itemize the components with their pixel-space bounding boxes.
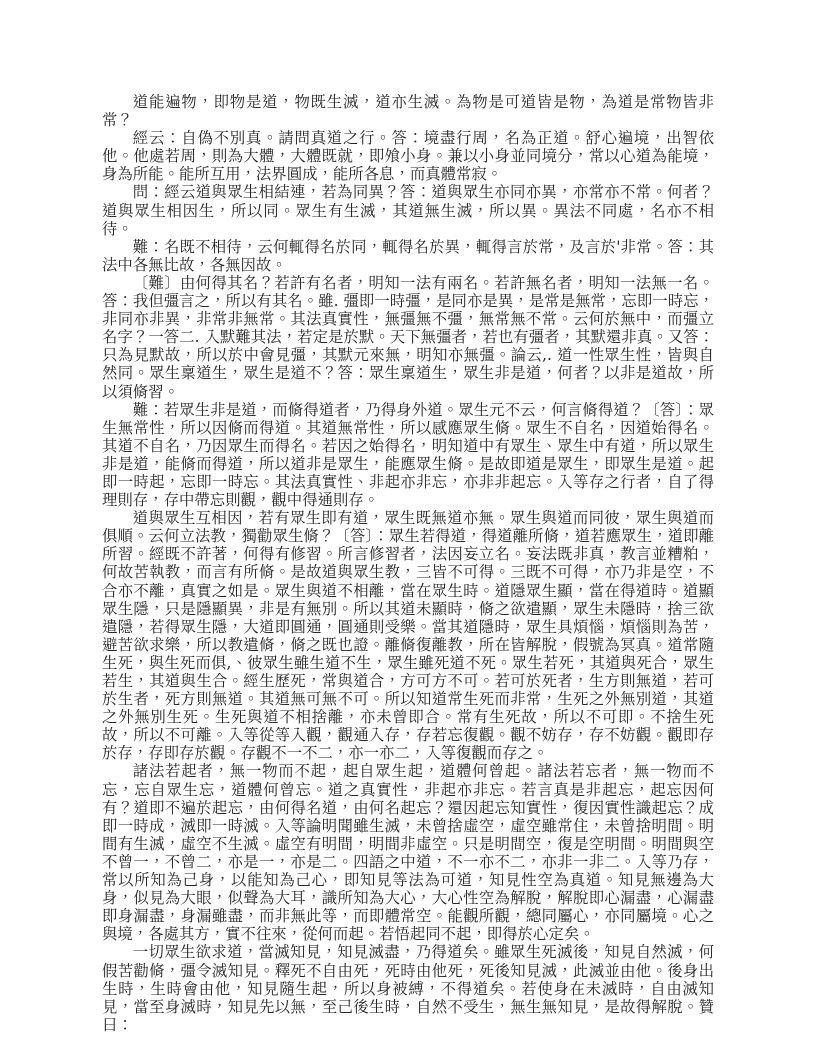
document-page: 道能遍物，即物是道，物既生滅，道亦生滅。為物是可道皆是物，為道是常物皆非常？ 經…	[0, 0, 816, 1056]
paragraph: 一切眾生欲求道，當滅知見，知見滅盡，乃得道矣。雖眾生死滅後，知見自然滅，何假苦勸…	[102, 943, 714, 1033]
paragraph: 諸法若起者，無一物而不起，起自眾生起，道體何曾起。諸法若忘者，無一物而不忘，忘自…	[102, 762, 714, 943]
paragraph: 道與眾生互相因，若有眾生即有道，眾生既無道亦無。眾生與道而同彼，眾生與道而俱順。…	[102, 509, 714, 762]
paragraph: 難：名既不相待，云何輒得名於同，輒得名於異，輒得言於常，及言於'非常。答：其法中…	[102, 238, 714, 274]
paragraph: 道能遍物，即物是道，物既生滅，道亦生滅。為物是可道皆是物，為道是常物皆非常？	[102, 93, 714, 129]
paragraph: 難：若眾生非是道，而脩得道者，乃得身外道。眾生元不云，何言脩得道？〔答〕：眾生無…	[102, 401, 714, 510]
paragraph: 〔難〕由何得其名？若許有名者，明知一法有兩名。若許無名者，明知一法無一名。答：我…	[102, 274, 714, 401]
paragraph: 經云：自偽不別真。請問真道之行。答：境盡行周，名為正道。舒心遍境，出智依他。他處…	[102, 129, 714, 183]
text-block: 道能遍物，即物是道，物既生滅，道亦生滅。為物是可道皆是物，為道是常物皆非常？ 經…	[102, 93, 714, 1034]
paragraph: 問：經云道與眾生相結連，若為同異？答：道與眾生亦同亦異，亦常亦不常。何者？道與眾…	[102, 183, 714, 237]
